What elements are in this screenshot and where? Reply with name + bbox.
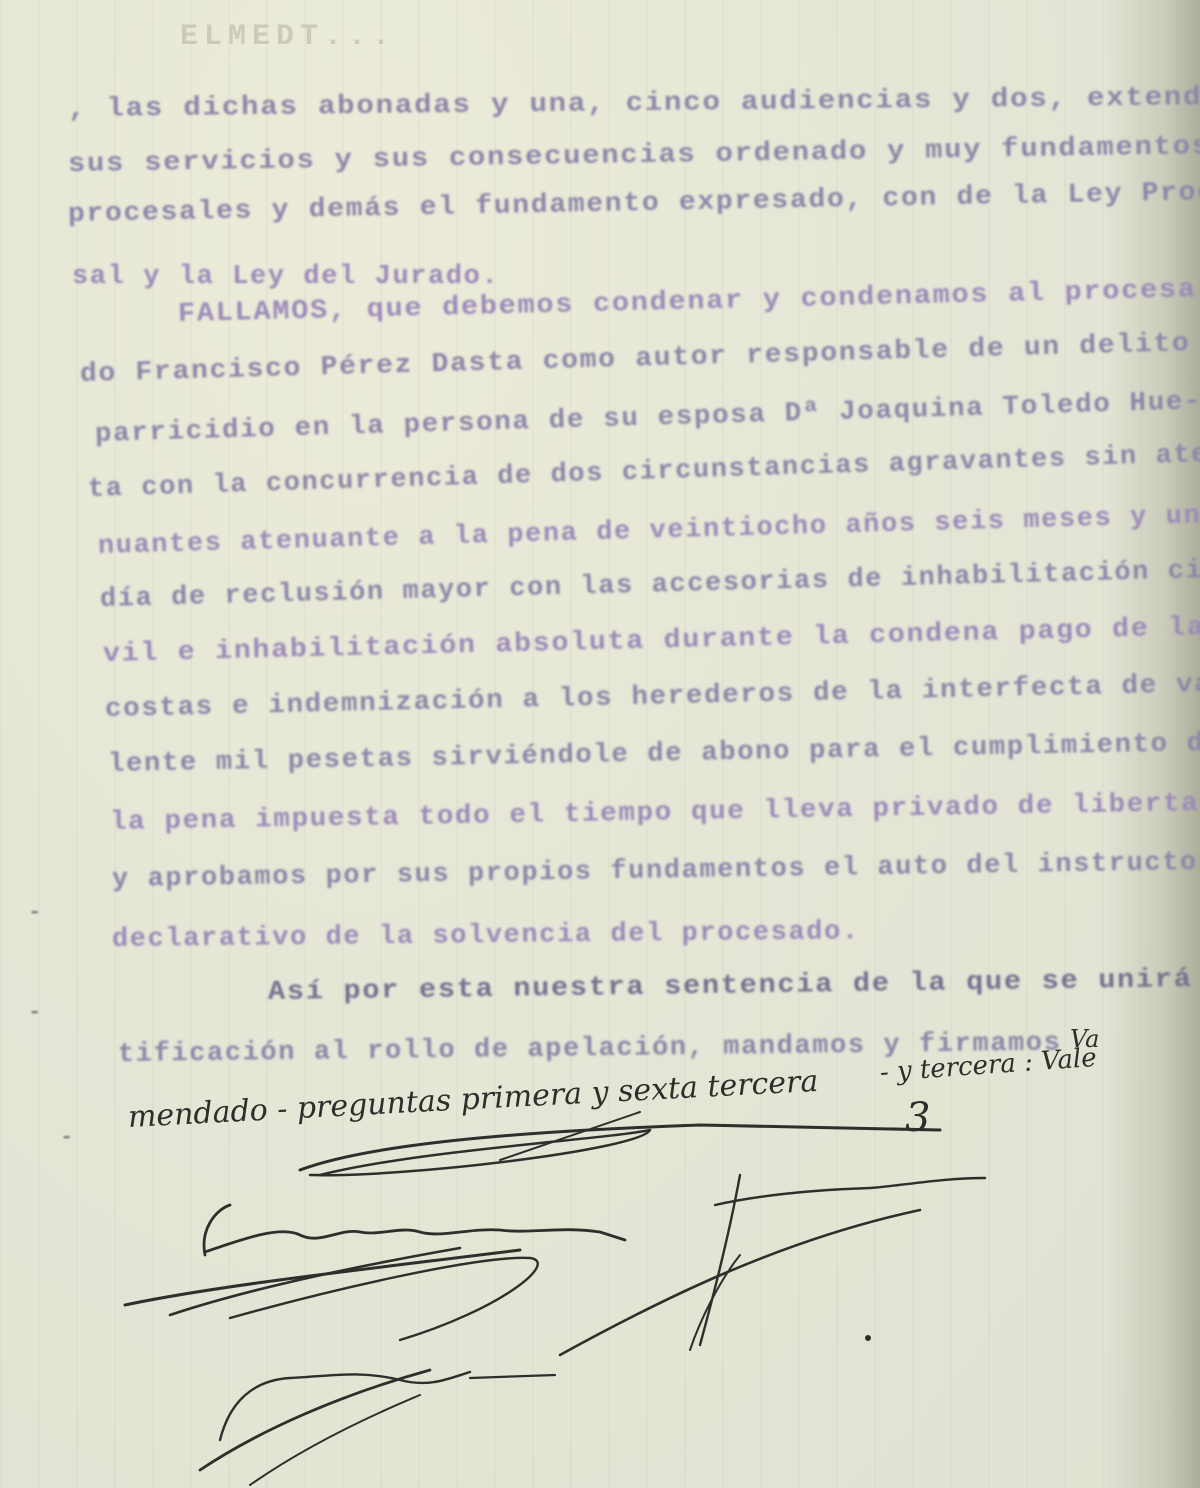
signature-flourishes xyxy=(0,0,1200,1488)
scanned-page: ELMEDT... , las dichas abonadas y una, c… xyxy=(0,0,1200,1488)
